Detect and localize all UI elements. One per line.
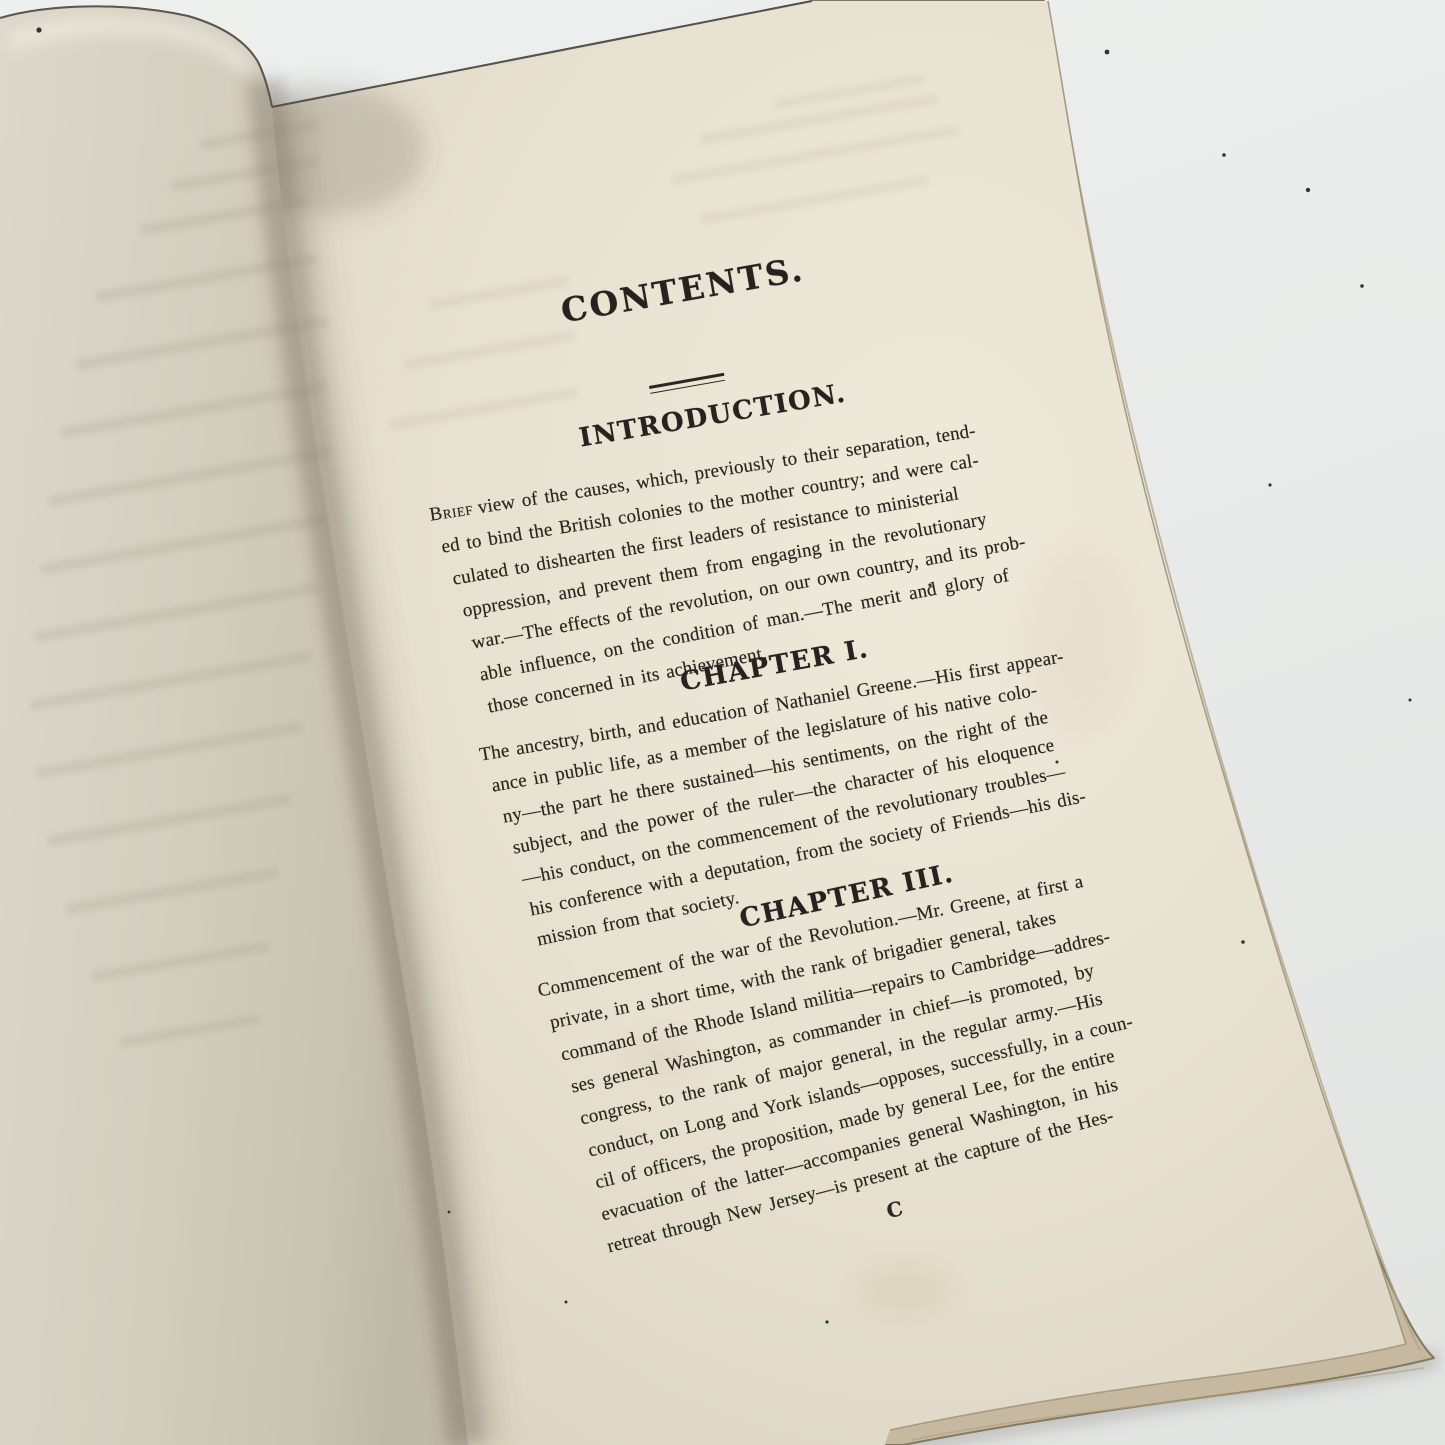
introduction-heading: INTRODUCTION. <box>577 378 848 453</box>
signature-mark: C <box>884 1196 905 1223</box>
contents-page-text: CONTENTS. INTRODUCTION. Briefview of the… <box>0 0 1445 1445</box>
title-divider-rule <box>649 373 725 394</box>
page-title: CONTENTS. <box>558 249 807 330</box>
book-photo: CONTENTS. INTRODUCTION. Briefview of the… <box>0 0 1445 1445</box>
toc-line-lead: Brief <box>428 498 475 525</box>
